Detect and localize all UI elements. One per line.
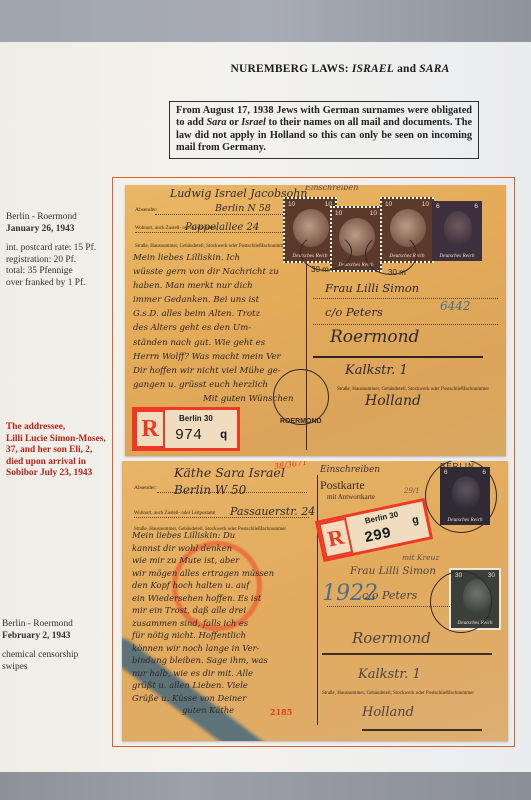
receiving-postmark xyxy=(273,369,329,425)
address-careof: c/o Peters xyxy=(362,589,417,602)
einschreiben-note: Einschreiben xyxy=(305,185,358,192)
letter-line: des Alters geht es den Um- xyxy=(133,321,294,335)
letter-line: den Kopf hoch halten u. auf xyxy=(132,579,274,592)
sender-label: Absender: xyxy=(134,485,157,491)
card1-note: over franked by 1 Pf. xyxy=(6,278,96,290)
fate-line: Sobibor July 23, 1943 xyxy=(6,468,106,480)
stamp-value: 30 xyxy=(488,572,495,579)
sender-street: Passauerstr. 24 xyxy=(230,505,315,518)
letter-line: haben. Man merkt nur dich xyxy=(133,279,294,293)
address-pencil-mark: 6442 xyxy=(440,299,471,313)
fate-note: The addressee, Lilli Lucie Simon-Moses, … xyxy=(6,422,106,480)
street-label: Straße, Hausnummer, Gebäudeteil, Stockwe… xyxy=(135,244,287,249)
title-prefix: NUREMBERG LAWS: xyxy=(230,63,351,75)
postmark-circle xyxy=(425,461,497,533)
letter-line: für nötig nicht. Hoffentlich xyxy=(132,629,274,642)
letter-line: Herrn Wolff? Was macht mein Ver xyxy=(133,350,294,364)
letter-line: nur halb, wie es dir mit. Alle xyxy=(132,667,274,680)
postkarte-subtitle: mit Antwortkarte xyxy=(327,493,375,501)
residence-label: Wohnort, auch Zustell- oder Leitpostamt xyxy=(134,511,215,516)
street-label: Straße, Hausnummer, Gebäudeteil, Stockwe… xyxy=(322,691,474,696)
postmark-text: 30 m xyxy=(311,265,329,274)
stamp-value: 6 xyxy=(436,203,440,210)
stamp-value: 10 xyxy=(335,210,342,217)
card2-note: chemical censorship xyxy=(2,650,78,662)
letter-line: Grüße u. Küsse von Deiner xyxy=(132,692,274,705)
letter-line: zusammen sind, falls ich es xyxy=(132,617,274,630)
card-divider xyxy=(317,475,318,725)
background-wall-top xyxy=(0,0,531,42)
address-rule xyxy=(327,606,452,607)
address-street: Kalkstr. 1 xyxy=(358,667,421,682)
registration-office: Berlin 30 xyxy=(179,414,213,423)
address-name: Frau Lilli Simon xyxy=(325,281,419,295)
letter-line: wüsste gern von dir Nachricht zu xyxy=(133,265,294,279)
intro-israel: Israel xyxy=(241,117,266,128)
address-careof: c/o Peters xyxy=(325,305,383,319)
address-name: Frau Lilli Simon xyxy=(350,565,436,577)
stamp-value: 6 xyxy=(474,203,478,210)
registration-letter: R xyxy=(321,520,351,556)
card2-date: February 2, 1943 xyxy=(2,631,78,643)
stamp-value: 10 xyxy=(370,210,377,217)
registration-number: 299 xyxy=(363,525,393,547)
red-control-number: 38/3671 xyxy=(274,461,308,471)
fate-line: 37, and her son Eli, 2, xyxy=(6,445,106,457)
intro-box: From August 17, 1938 Jews with German su… xyxy=(169,101,479,159)
letter-line: bindung bleiben. Sage ihm, was xyxy=(132,654,274,667)
street-label: Straße, Hausnummer, Gebäudeteil, Stockwe… xyxy=(337,387,489,392)
sender-city: Berlin N 58 xyxy=(215,203,271,214)
letter-line: ständen nach gut. Wie geht es xyxy=(133,336,294,350)
stamp-legend: Deutsches Reich xyxy=(432,253,482,259)
address-city: Roermond xyxy=(352,629,431,647)
intro-or: or xyxy=(226,117,241,128)
card1-note: registration: 20 Pf. xyxy=(6,255,96,267)
letter-line: wie mir zu Mute ist, aber xyxy=(132,554,274,567)
date-mark: 29/1 xyxy=(404,487,420,495)
letter-line: Mein liebes Lilliskin. Ich xyxy=(133,251,294,265)
letter-line: können wir noch lange in Ver- xyxy=(132,642,274,655)
background-wall-bottom xyxy=(0,772,531,800)
registration-r: R xyxy=(318,518,353,559)
address-underline xyxy=(362,729,482,731)
stamp-hitler-6: 6 6 Deutsches Reich xyxy=(432,201,482,261)
postcard-2: Absender: Wohnort, auch Zustell- oder Le… xyxy=(122,461,508,741)
page-title: NUREMBERG LAWS: ISRAEL and SARA xyxy=(190,63,490,75)
postkarte-title: Postkarte xyxy=(320,478,365,493)
letter-line: mir ein Trost, daß alle drei xyxy=(132,604,274,617)
address-underline xyxy=(313,356,483,358)
card2-caption: Berlin - Roermond February 2, 1943 chemi… xyxy=(2,619,78,673)
letter-line: ein Wiedersehen hoffen. Es ist xyxy=(132,592,274,605)
card1-note: total: 35 Pfennige xyxy=(6,266,96,278)
address-country: Holland xyxy=(362,705,414,720)
letter-line: Mit guten Wünschen xyxy=(133,392,294,406)
title-sara: SARA xyxy=(419,63,449,75)
sender-label: Absender: xyxy=(135,207,158,213)
address-street: Kalkstr. 1 xyxy=(345,363,408,378)
card1-route: Berlin - Roermond xyxy=(6,212,96,224)
letter-line: guten Käthe xyxy=(132,704,274,717)
card2-route: Berlin - Roermond xyxy=(2,619,78,631)
card1-note: int. postcard rate: 15 Pf. xyxy=(6,243,96,255)
postcard-1: Absender: Wohnort, auch Zustell- oder Le… xyxy=(125,185,506,456)
letter-text: Mein liebes Lilliskin. Ichwüsste gern vo… xyxy=(133,251,294,406)
letter-line: gangen u. grüsst euch herzlich xyxy=(133,378,294,392)
registration-suffix: q xyxy=(220,428,227,442)
registration-r: R xyxy=(135,410,165,448)
title-and: and xyxy=(394,63,419,75)
registration-number: 974 xyxy=(175,427,202,444)
letter-line: Mein liebes Lilliskin: Du xyxy=(132,529,274,542)
letter-line: immer Gedanken. Bei uns ist xyxy=(133,293,294,307)
letter-line: G.s.D. alles beim Alten. Trotz xyxy=(133,307,294,321)
postmark-circle xyxy=(430,571,492,633)
einschreiben-note: Einschreiben xyxy=(320,465,380,475)
intro-sara: Sara xyxy=(206,117,226,128)
postmark-text: 30 m xyxy=(388,268,406,277)
letter-line: Dir hoffen wir nicht viel Mühe ge- xyxy=(133,364,294,378)
address-country: Holland xyxy=(365,393,421,409)
registration-suffix: g xyxy=(411,515,420,528)
letter-line: grüßt u. allen Lieben. Viele xyxy=(132,679,274,692)
postmark-text: BERLIN xyxy=(440,462,475,471)
fate-line: The addressee, xyxy=(6,422,106,434)
address-underline xyxy=(322,653,492,655)
card1-caption: Berlin - Roermond January 26, 1943 int. … xyxy=(6,212,96,290)
sender-street: Pappelallee 24 xyxy=(185,222,259,233)
address-rule xyxy=(313,324,498,325)
sender-city: Berlin W 50 xyxy=(174,483,246,497)
registration-label: R Berlin 30 974 q xyxy=(132,407,240,451)
registration-office: Berlin 30 xyxy=(364,510,399,526)
address-note: mit Kreuz xyxy=(402,553,439,562)
stamp-value: 10 xyxy=(288,201,295,208)
stamp-value: 10 xyxy=(422,201,429,208)
registration-letter: R xyxy=(137,412,163,446)
card2-note: swipes xyxy=(2,662,78,674)
portrait-icon xyxy=(444,211,472,247)
letter-line: kannst dir wohl denken xyxy=(132,542,274,555)
letter-line: wir mögen alles ertragen müssen xyxy=(132,567,274,580)
fate-line: Lilli Lucie Simon-Moses, xyxy=(6,434,106,446)
letter-text: Mein liebes Lilliskin: Dukannst dir wohl… xyxy=(132,529,274,717)
address-city: Roermond xyxy=(330,327,419,347)
censor-number: 2185 xyxy=(270,707,292,717)
sender-name: Käthe Sara Israel xyxy=(174,465,285,480)
receiving-postmark-text: ROERMOND xyxy=(280,418,322,425)
title-israel: ISRAEL xyxy=(352,63,394,75)
fate-line: died upon arrival in xyxy=(6,457,106,469)
stamp-value: 10 xyxy=(385,201,392,208)
card1-date: January 26, 1943 xyxy=(6,224,96,236)
